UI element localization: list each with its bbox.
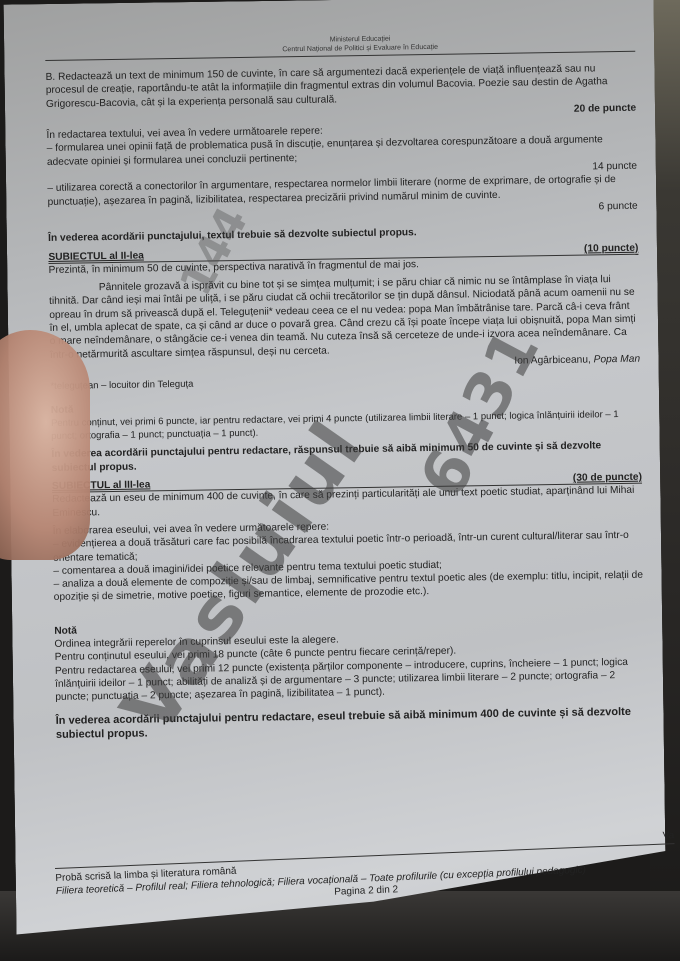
subject-3-points: (30 de puncte) xyxy=(573,471,642,485)
excerpt-author: Ion Agârbiceanu, xyxy=(514,354,591,366)
holding-hand xyxy=(0,330,90,560)
footer-corner-text: Va xyxy=(662,829,674,842)
subject-2: SUBIECTUL al II-lea (10 puncte) Prezintă… xyxy=(48,241,641,475)
subject-2-title: SUBIECTUL al II-lea xyxy=(48,249,144,264)
exam-page: Ministerul Educației Centrul Național de… xyxy=(45,31,646,743)
task-b: B. Redactează un text de minimum 150 de … xyxy=(45,62,638,246)
subject-2-excerpt: Pânnitele grozavă a isprăvit cu bine tot… xyxy=(49,273,640,362)
subject-2-points: (10 puncte) xyxy=(584,241,639,255)
excerpt-work: Popa Man xyxy=(594,354,641,366)
subject-3: SUBIECTUL al III-lea (30 de puncte) Reda… xyxy=(52,471,646,743)
